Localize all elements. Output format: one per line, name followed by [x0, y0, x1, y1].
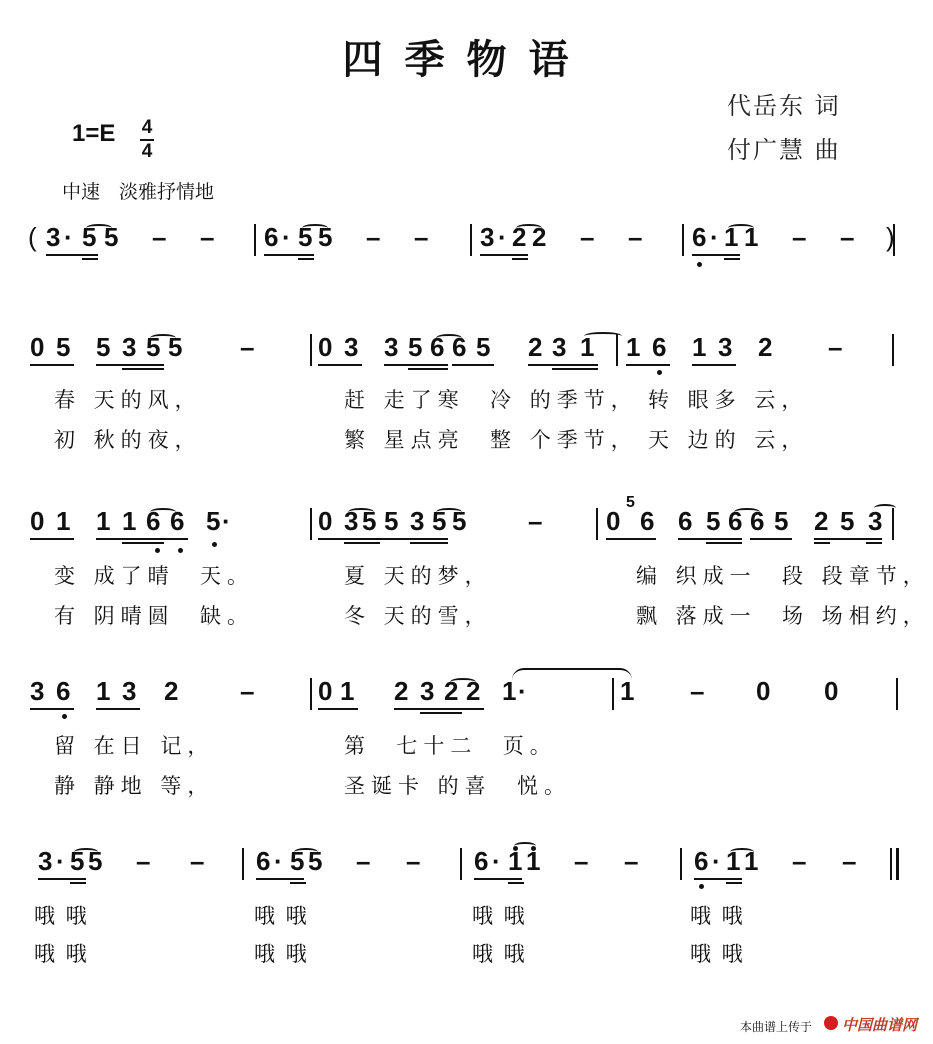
time-numerator: 4: [140, 118, 154, 138]
tie: [512, 668, 632, 682]
underline: [706, 542, 742, 544]
lyric-verse2: 天 边的 云，: [648, 424, 808, 454]
note: 0: [606, 506, 620, 536]
underline: [814, 542, 830, 544]
note: 0: [30, 332, 44, 362]
note: 0: [318, 506, 332, 536]
dot: ·: [56, 846, 65, 876]
dash: –: [840, 222, 854, 252]
dot: ·: [64, 222, 73, 252]
time-denominator: 4: [140, 142, 154, 162]
underline: [692, 254, 740, 256]
underline: [256, 878, 304, 880]
score-line-1: ( 3 · 5 5 – – 6 · 5 5 – – 3 · 2 2 – – 6 …: [0, 222, 933, 262]
slur: [730, 848, 754, 856]
note: 6: [652, 332, 666, 362]
underline: [290, 882, 306, 884]
note: 3: [344, 332, 358, 362]
note: 6: [678, 506, 692, 536]
note: 3: [46, 222, 60, 252]
bar-line: [242, 848, 244, 880]
underline: [866, 542, 882, 544]
bar-line: [893, 224, 895, 256]
underline: [452, 364, 494, 366]
underline: [298, 258, 314, 260]
final-bar-line-thick: [896, 848, 899, 880]
dot: ·: [222, 506, 231, 536]
underline: [512, 258, 528, 260]
dot: ·: [710, 222, 719, 252]
open-paren: (: [28, 222, 37, 252]
underline: [626, 364, 670, 366]
bar-line: [682, 224, 684, 256]
slur: [728, 224, 754, 232]
underline: [30, 364, 74, 366]
slur: [436, 508, 462, 516]
underline: [410, 542, 448, 544]
note: 5: [206, 506, 220, 536]
note: 0: [318, 676, 332, 706]
note: 3: [410, 506, 424, 536]
note: 3: [718, 332, 732, 362]
final-bar-line-thin: [890, 848, 892, 880]
dash: –: [190, 846, 204, 876]
low-octave-dot: [212, 542, 217, 547]
lyric-verse1: 夏 天的梦，: [344, 560, 492, 590]
dash: –: [828, 332, 842, 362]
note: 1: [96, 676, 110, 706]
slur: [348, 508, 374, 516]
note: 5: [408, 332, 422, 362]
bar-line: [470, 224, 472, 256]
slur: [514, 842, 536, 850]
dot: ·: [282, 222, 291, 252]
underline: [408, 368, 448, 370]
low-octave-dot: [697, 262, 702, 267]
note: 3: [30, 676, 44, 706]
bar-line: [310, 334, 312, 366]
underline: [394, 708, 484, 710]
lyric-verse1: 变 成了晴 天。: [54, 560, 254, 590]
rest: 0: [824, 676, 838, 706]
lyric-verse2: 飘 落成一 场 场相约，: [636, 600, 930, 630]
rest: 0: [756, 676, 770, 706]
note: 6: [692, 222, 706, 252]
underline: [508, 882, 524, 884]
note: 6: [56, 676, 70, 706]
bar-line: [896, 678, 898, 710]
underline: [474, 878, 522, 880]
slur: [150, 508, 176, 516]
note: 6: [474, 846, 488, 876]
bar-line: [612, 678, 614, 710]
note: 1: [96, 506, 110, 536]
underline: [814, 538, 882, 540]
underline: [30, 538, 74, 540]
underline: [96, 538, 188, 540]
note: 1: [122, 506, 136, 536]
lyric-verse2: 有 阴晴圆 缺。: [54, 600, 254, 630]
lyric-verse2: 哦 哦: [472, 938, 527, 968]
upload-note: 本曲谱上传于: [740, 1018, 812, 1035]
slur: [86, 224, 112, 232]
slur: [516, 224, 542, 232]
dot: ·: [712, 846, 721, 876]
note: 3: [384, 332, 398, 362]
note: 2: [814, 506, 828, 536]
note: 2: [758, 332, 772, 362]
lyric-verse2: 哦 哦: [254, 938, 309, 968]
note: 3: [122, 676, 136, 706]
dash: –: [414, 222, 428, 252]
underline: [384, 364, 448, 366]
note: 5: [774, 506, 788, 536]
low-octave-dot: [657, 370, 662, 375]
lyric-verse1: 哦 哦: [34, 900, 89, 930]
note: 3: [122, 332, 136, 362]
song-title: 四季物语: [0, 28, 933, 85]
site-logo-icon: [824, 1016, 838, 1030]
lyric-verse1: 哦 哦: [472, 900, 527, 930]
underline: [318, 708, 358, 710]
dash: –: [580, 222, 594, 252]
note: 5: [476, 332, 490, 362]
score-line-4: 3 6 1 3 2 – 0 1 2 3 2 2 1 · 1 – 0 0: [0, 676, 933, 716]
underline: [70, 882, 86, 884]
underline: [318, 538, 448, 540]
note: 5: [384, 506, 398, 536]
underline: [30, 708, 74, 710]
note: 3: [480, 222, 494, 252]
slur: [150, 334, 176, 342]
note: 3: [38, 846, 52, 876]
dash: –: [240, 332, 254, 362]
note: 1: [626, 332, 640, 362]
note: 2: [164, 676, 178, 706]
dash: –: [792, 222, 806, 252]
note: 5: [706, 506, 720, 536]
underline: [606, 538, 656, 540]
note: 1: [692, 332, 706, 362]
slur: [74, 848, 98, 856]
underline: [82, 258, 98, 260]
underline: [96, 708, 140, 710]
lyricist-credit: 代岳东 词: [727, 86, 841, 121]
note: 1: [620, 676, 634, 706]
grace-note: 5: [626, 488, 635, 518]
bar-line: [596, 508, 598, 540]
tempo-marking: 中速 淡雅抒情地: [62, 177, 214, 204]
note: 5: [96, 332, 110, 362]
lyric-verse1: 第 七十二 页。: [344, 730, 557, 760]
dash: –: [528, 506, 542, 536]
dash: –: [792, 846, 806, 876]
note: 2: [394, 676, 408, 706]
dash: –: [624, 846, 638, 876]
dash: –: [200, 222, 214, 252]
underline: [552, 368, 598, 370]
low-octave-dot: [178, 548, 183, 553]
dot: ·: [274, 846, 283, 876]
slur: [450, 678, 476, 686]
note: 3: [552, 332, 566, 362]
bar-line: [460, 848, 462, 880]
site-name-link[interactable]: 中国曲谱网: [842, 1014, 917, 1035]
dash: –: [152, 222, 166, 252]
slur: [302, 224, 328, 232]
underline: [750, 538, 792, 540]
low-octave-dot: [699, 884, 704, 889]
underline: [264, 254, 314, 256]
underline: [692, 364, 736, 366]
dash: –: [240, 676, 254, 706]
underline: [96, 364, 164, 366]
dash: –: [842, 846, 856, 876]
note: 6: [694, 846, 708, 876]
bar-line: [892, 508, 894, 540]
bar-line: [680, 848, 682, 880]
underline: [480, 254, 528, 256]
dash: –: [628, 222, 642, 252]
note: 6: [256, 846, 270, 876]
underline: [122, 368, 164, 370]
dot: ·: [492, 846, 501, 876]
note: 6: [264, 222, 278, 252]
bar-line: [254, 224, 256, 256]
lyric-verse1: 留 在日 记，: [54, 730, 214, 760]
key-signature: 1=E: [72, 120, 115, 148]
lyric-verse1: 哦 哦: [690, 900, 745, 930]
underline: [344, 542, 380, 544]
bar-line: [310, 508, 312, 540]
note: 1: [56, 506, 70, 536]
bar-line: [310, 678, 312, 710]
lyric-verse2: 哦 哦: [34, 938, 89, 968]
underline: [678, 538, 742, 540]
lyric-verse2: 哦 哦: [690, 938, 745, 968]
dash: –: [356, 846, 370, 876]
lyric-verse1: 赶 走了寒 冷 的季节，: [344, 384, 638, 414]
lyric-verse1: 编 织成一 段 段章节，: [636, 560, 930, 590]
note: 2: [528, 332, 542, 362]
note: 3: [420, 676, 434, 706]
score-line-3: 0 1 1 1 6 6 5 · 0 3 5 5 3 5 5 – 0 5 6 6 …: [0, 506, 933, 546]
lyric-verse1: 转 眼多 云，: [648, 384, 808, 414]
dash: –: [690, 676, 704, 706]
score-line-5: 3 · 5 5 – – 6 · 5 5 – – 6 · 1 1 – – 6 · …: [0, 846, 933, 886]
underline: [46, 254, 98, 256]
note: 1: [340, 676, 354, 706]
note: 5: [840, 506, 854, 536]
time-signature: 4 4: [140, 118, 154, 162]
bar-line: [892, 334, 894, 366]
underline: [694, 878, 742, 880]
dot: ·: [498, 222, 507, 252]
note: 0: [30, 506, 44, 536]
lyric-verse1: 春 天的风，: [54, 384, 202, 414]
composer-credit: 付广慧 曲: [727, 130, 841, 165]
underline: [724, 258, 740, 260]
note: 5: [56, 332, 70, 362]
dash: –: [136, 846, 150, 876]
score-line-2: 0 5 5 3 5 5 – 0 3 3 5 6 6 5 2 3 1 1 6 1 …: [0, 332, 933, 372]
underline: [38, 878, 86, 880]
slur: [294, 848, 318, 856]
slur: [436, 334, 462, 342]
note: 0: [318, 332, 332, 362]
underline: [420, 712, 462, 714]
lyric-verse2: 繁 星点亮 整 个季节，: [344, 424, 638, 454]
lyric-verse2: 初 秋的夜，: [54, 424, 202, 454]
bar-line: [616, 334, 618, 366]
lyric-verse2: 圣诞卡 的喜 悦。: [344, 770, 571, 800]
underline: [726, 882, 742, 884]
low-octave-dot: [62, 714, 67, 719]
underline: [318, 364, 362, 366]
note: 6: [640, 506, 654, 536]
underline: [122, 542, 164, 544]
dash: –: [366, 222, 380, 252]
lyric-verse1: 哦 哦: [254, 900, 309, 930]
slur: [734, 508, 760, 516]
underline: [528, 364, 598, 366]
lyric-verse2: 静 静地 等，: [54, 770, 214, 800]
dash: –: [574, 846, 588, 876]
lyric-verse2: 冬 天的雪，: [344, 600, 492, 630]
dash: –: [406, 846, 420, 876]
low-octave-dot: [155, 548, 160, 553]
